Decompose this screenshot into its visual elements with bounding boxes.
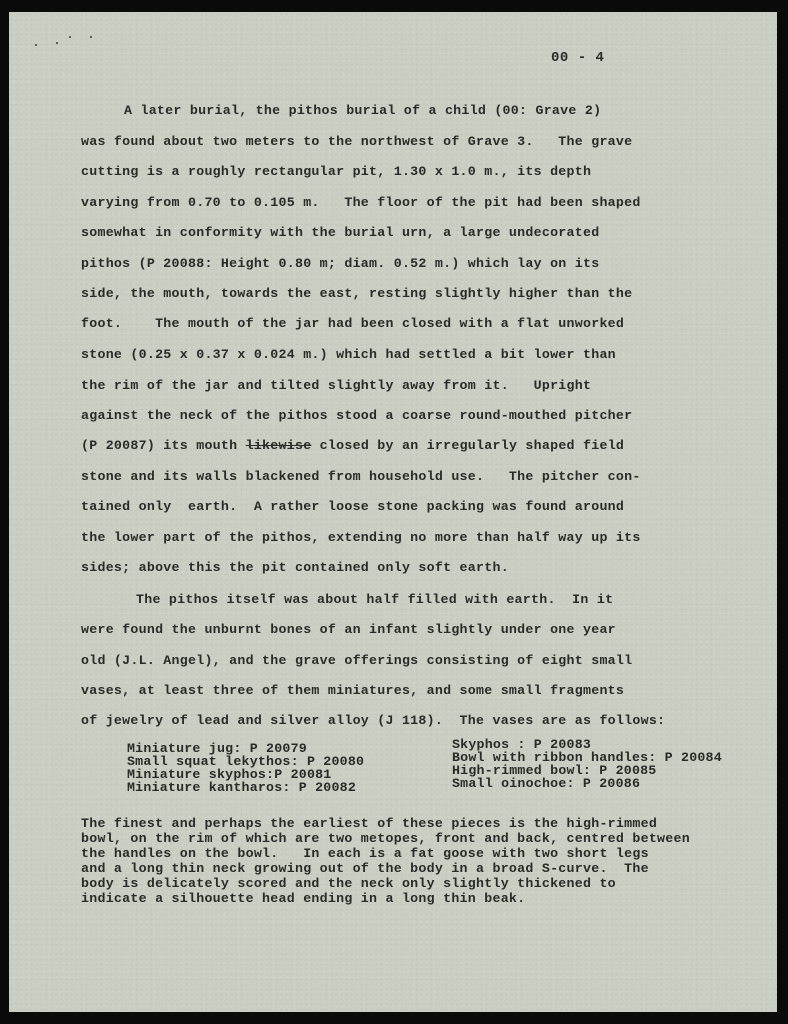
mark-dot <box>90 36 92 38</box>
text-line: varying from 0.70 to 0.105 m. The floor … <box>81 195 641 210</box>
text-line: somewhat in conformity with the burial u… <box>81 225 599 240</box>
vase-item: Miniature kantharos: P 20082 <box>127 781 364 794</box>
mark-dot <box>69 36 71 38</box>
text-line: bowl, on the rim of which are two metope… <box>81 831 690 846</box>
text-line: against the neck of the pithos stood a c… <box>81 408 632 423</box>
text-line: cutting is a roughly rectangular pit, 1.… <box>81 164 591 179</box>
text-line: were found the unburnt bones of an infan… <box>81 622 616 637</box>
text-line: The pithos itself was about half filled … <box>136 592 613 607</box>
text-line: pithos (P 20088: Height 0.80 m; diam. 0.… <box>81 256 599 271</box>
page-number: 00 - 4 <box>551 50 604 66</box>
text-line: The finest and perhaps the earliest of t… <box>81 816 690 831</box>
text-line: was found about two meters to the northw… <box>81 134 632 149</box>
document-page: 00 - 4 A later burial, the pithos burial… <box>9 12 777 1012</box>
text-line-with-strikeout: (P 20087) its mouth likewise closed by a… <box>81 438 624 453</box>
text-line: indicate a silhouette head ending in a l… <box>81 891 690 906</box>
mark-dot <box>56 42 58 44</box>
text-line: vases, at least three of them miniatures… <box>81 683 624 698</box>
vase-list-left: Miniature jug: P 20079 Small squat lekyt… <box>127 742 364 794</box>
text-line: A later burial, the pithos burial of a c… <box>124 103 601 118</box>
text-line: old (J.L. Angel), and the grave offering… <box>81 653 632 668</box>
text-line: the handles on the bowl. In each is a fa… <box>81 846 690 861</box>
text-fragment: (P 20087) its mouth <box>81 438 246 453</box>
text-line: stone and its walls blackened from house… <box>81 469 641 484</box>
text-line: tained only earth. A rather loose stone … <box>81 499 624 514</box>
vase-list-right: Skyphos : P 20083 Bowl with ribbon handl… <box>452 738 722 790</box>
text-line: sides; above this the pit contained only… <box>81 560 509 575</box>
text-line: body is delicately scored and the neck o… <box>81 876 690 891</box>
text-line: foot. The mouth of the jar had been clos… <box>81 316 624 331</box>
text-line: side, the mouth, towards the east, resti… <box>81 286 632 301</box>
text-line: the rim of the jar and tilted slightly a… <box>81 378 591 393</box>
text-fragment: closed by an irregularly shaped field <box>311 438 624 453</box>
text-line: of jewelry of lead and silver alloy (J 1… <box>81 713 665 728</box>
closing-paragraph: The finest and perhaps the earliest of t… <box>81 816 690 906</box>
mark-dot <box>35 44 37 46</box>
struck-word: likewise <box>246 438 312 453</box>
vase-item: Small oinochoe: P 20086 <box>452 777 722 790</box>
text-line: stone (0.25 x 0.37 x 0.024 m.) which had… <box>81 347 616 362</box>
text-line: the lower part of the pithos, extending … <box>81 530 641 545</box>
text-line: and a long thin neck growing out of the … <box>81 861 690 876</box>
